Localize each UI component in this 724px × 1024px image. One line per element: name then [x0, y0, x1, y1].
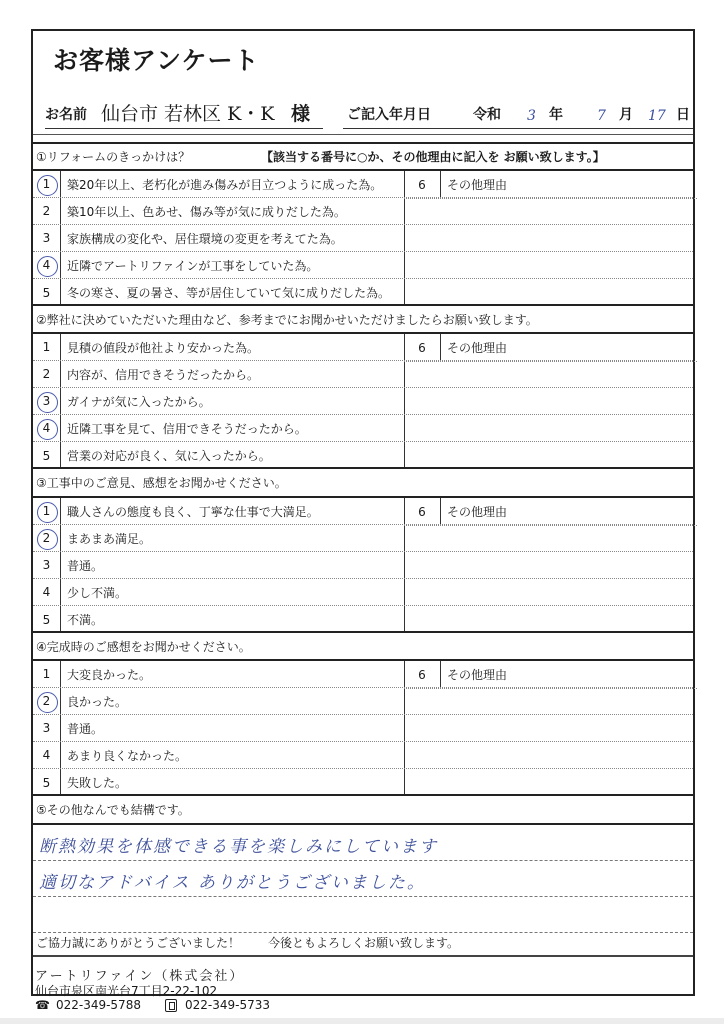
option-row[interactable]: 4近隣工事を見て、信用できそうだったから。	[33, 415, 693, 442]
option-text: まあまあ満足。	[67, 525, 151, 551]
thanks-message: ご協力誠にありがとうございました！今後ともよろしくお願い致します。	[36, 934, 459, 951]
option-number[interactable]: 4	[33, 579, 61, 605]
option-text: 職人さんの態度も良く、丁寧な仕事で大満足。	[67, 498, 319, 524]
comment-line[interactable]: 適切なアドバイス ありがとうございました。	[33, 861, 693, 897]
instructions-note: 【該当する番号に○か、その他理由に記入を お願い致します。】	[261, 148, 605, 165]
date-year-value: 3	[527, 108, 536, 124]
section-3-title: ③工事中のご意見、感想をお聞かせください。	[36, 474, 287, 491]
name-date-row: お名前 仙台市 若林区 K・K 様 ご記入年月日 令和 3 年 7 月 17 日	[33, 101, 693, 133]
option-text: 大変良かった。	[67, 661, 151, 687]
option-row[interactable]: 3ガイナが気に入ったから。	[33, 388, 693, 415]
section-1-title: ①リフォームのきっかけは？	[36, 148, 190, 165]
page-title: お客様アンケート	[53, 41, 260, 77]
name-value: 仙台市 若林区 K・K	[101, 99, 274, 126]
section-5-header: ⑤その他なんでも結構です。	[33, 794, 693, 823]
comment-line[interactable]: 断熱効果を体感できる事を楽しみにしています	[33, 825, 693, 861]
section-1-header: ①リフォームのきっかけは？ 【該当する番号に○か、その他理由に記入を お願い致し…	[33, 142, 693, 169]
option-row[interactable]: 5営業の対応が良く、気に入ったから。	[33, 442, 693, 469]
section-4-title: ④完成時のご感想をお聞かせください。	[36, 638, 251, 655]
option-number[interactable]: 5	[33, 606, 61, 633]
option-text: 近隣工事を見て、信用できそうだったから。	[67, 415, 307, 441]
option-number[interactable]: 4	[33, 742, 61, 768]
option-text: ガイナが気に入ったから。	[67, 388, 211, 414]
comment-line[interactable]	[33, 897, 693, 933]
option-text: 良かった。	[67, 688, 127, 714]
option-number[interactable]: 1	[33, 171, 61, 197]
option-number[interactable]: 2	[33, 361, 61, 387]
survey-sheet: お客様アンケート お名前 仙台市 若林区 K・K 様 ご記入年月日 令和 3 年…	[31, 29, 695, 996]
option-text: 家族構成の変化や、居住環境の変更を考えてた為。	[67, 225, 343, 251]
option-text: 普通。	[67, 552, 103, 578]
option-number[interactable]: 4	[33, 415, 61, 441]
date-day-unit: 日	[676, 104, 690, 124]
option-text: あまり良くなかった。	[67, 742, 187, 768]
section-3-table: 6 その他理由 1職人さんの態度も良く、丁寧な仕事で大満足。 2まあまあ満足。 …	[33, 496, 693, 633]
option-number[interactable]: 2	[33, 688, 61, 714]
option-number[interactable]: 2	[33, 198, 61, 224]
option-row[interactable]: 2築10年以上、色あせ、傷み等が気に成りだした為。	[33, 198, 693, 225]
option-text: 冬の寒さ、夏の暑さ、等が居住していて気に成りだした為。	[67, 279, 390, 306]
date-month-unit: 月	[619, 104, 633, 124]
date-day-value: 17	[648, 108, 666, 124]
fax-icon	[165, 999, 177, 1012]
customer-name-field[interactable]: お名前 仙台市 若林区 K・K 様	[45, 101, 323, 129]
option-row[interactable]: 2良かった。	[33, 688, 693, 715]
option-number[interactable]: 1	[33, 334, 61, 360]
option-row[interactable]: 1職人さんの態度も良く、丁寧な仕事で大満足。	[33, 498, 693, 525]
divider	[33, 134, 693, 135]
phone-number: 022-349-5788	[56, 998, 141, 1012]
date-month-value: 7	[597, 108, 606, 124]
option-number[interactable]: 1	[33, 498, 61, 524]
option-row[interactable]: 3普通。	[33, 552, 693, 579]
scan-edge	[0, 1018, 724, 1024]
option-number[interactable]: 3	[33, 388, 61, 414]
company-contact: ☎ 022-349-5788 022-349-5733	[35, 998, 270, 1012]
entry-date-field[interactable]: ご記入年月日 令和 3 年 7 月 17 日	[343, 101, 693, 129]
option-text: 築10年以上、色あせ、傷み等が気に成りだした為。	[67, 198, 346, 224]
section-5-title: ⑤その他なんでも結構です。	[36, 801, 190, 818]
date-label: ご記入年月日	[347, 104, 431, 124]
option-number[interactable]: 3	[33, 715, 61, 741]
option-row[interactable]: 5不満。	[33, 606, 693, 633]
option-number[interactable]: 3	[33, 552, 61, 578]
option-row[interactable]: 5冬の寒さ、夏の暑さ、等が居住していて気に成りだした為。	[33, 279, 693, 306]
fax-number: 022-349-5733	[185, 998, 270, 1012]
option-text: 少し不満。	[67, 579, 127, 605]
company-address: 仙台市泉区南光台7丁目2-22-102	[35, 982, 217, 999]
section-2-title: ②弊社に決めていただいた理由など、参考までにお聞かせいただけましたらお願い致しま…	[36, 311, 538, 328]
section-2-header: ②弊社に決めていただいた理由など、参考までにお聞かせいただけましたらお願い致しま…	[33, 304, 693, 332]
option-text: 近隣でアートリファインが工事をしていた為。	[67, 252, 318, 278]
option-text: 見積の値段が他社より安かった為。	[67, 334, 259, 360]
option-row[interactable]: 1見積の値段が他社より安かった為。	[33, 334, 693, 361]
option-text: 営業の対応が良く、気に入ったから。	[67, 442, 271, 469]
option-text: 失敗した。	[67, 769, 127, 796]
section-1-table: 6 その他理由 1築20年以上、老朽化が進み傷みが目立つように成った為。 2築1…	[33, 169, 693, 306]
option-number[interactable]: 4	[33, 252, 61, 278]
thanks-line-1: ご協力誠にありがとうございました！	[36, 936, 240, 950]
name-label: お名前	[45, 104, 87, 124]
thanks-line-2: 今後ともよろしくお願い致します。	[268, 936, 459, 950]
option-number[interactable]: 5	[33, 769, 61, 796]
option-text: 築20年以上、老朽化が進み傷みが目立つように成った為。	[67, 171, 382, 197]
option-text: 内容が、信用できそうだったから。	[67, 361, 259, 387]
option-number[interactable]: 5	[33, 442, 61, 469]
date-era: 令和	[473, 104, 501, 124]
option-row[interactable]: 3家族構成の変化や、居住環境の変更を考えてた為。	[33, 225, 693, 252]
option-row[interactable]: 1大変良かった。	[33, 661, 693, 688]
section-4-header: ④完成時のご感想をお聞かせください。	[33, 631, 693, 659]
option-row[interactable]: 4近隣でアートリファインが工事をしていた為。	[33, 252, 693, 279]
option-number[interactable]: 5	[33, 279, 61, 306]
option-number[interactable]: 3	[33, 225, 61, 251]
option-number[interactable]: 2	[33, 525, 61, 551]
option-text: 普通。	[67, 715, 103, 741]
option-row[interactable]: 5失敗した。	[33, 769, 693, 796]
section-3-header: ③工事中のご意見、感想をお聞かせください。	[33, 467, 693, 496]
name-honorific: 様	[291, 99, 310, 126]
option-row[interactable]: 2内容が、信用できそうだったから。	[33, 361, 693, 388]
option-row[interactable]: 1築20年以上、老朽化が進み傷みが目立つように成った為。	[33, 171, 693, 198]
option-row[interactable]: 4少し不満。	[33, 579, 693, 606]
option-row[interactable]: 3普通。	[33, 715, 693, 742]
option-row[interactable]: 2まあまあ満足。	[33, 525, 693, 552]
phone-icon: ☎	[35, 998, 50, 1012]
option-text: 不満。	[67, 606, 103, 633]
date-year-unit: 年	[549, 104, 563, 124]
option-number[interactable]: 1	[33, 661, 61, 687]
section-2-table: 6 その他理由 1見積の値段が他社より安かった為。 2内容が、信用できそうだった…	[33, 332, 693, 469]
comments-area[interactable]: 断熱効果を体感できる事を楽しみにしています 適切なアドバイス ありがとうございま…	[33, 823, 693, 933]
option-row[interactable]: 4あまり良くなかった。	[33, 742, 693, 769]
section-4-table: 6 その他理由 1大変良かった。 2良かった。 3普通。 4あまり良くなかった。…	[33, 659, 693, 796]
